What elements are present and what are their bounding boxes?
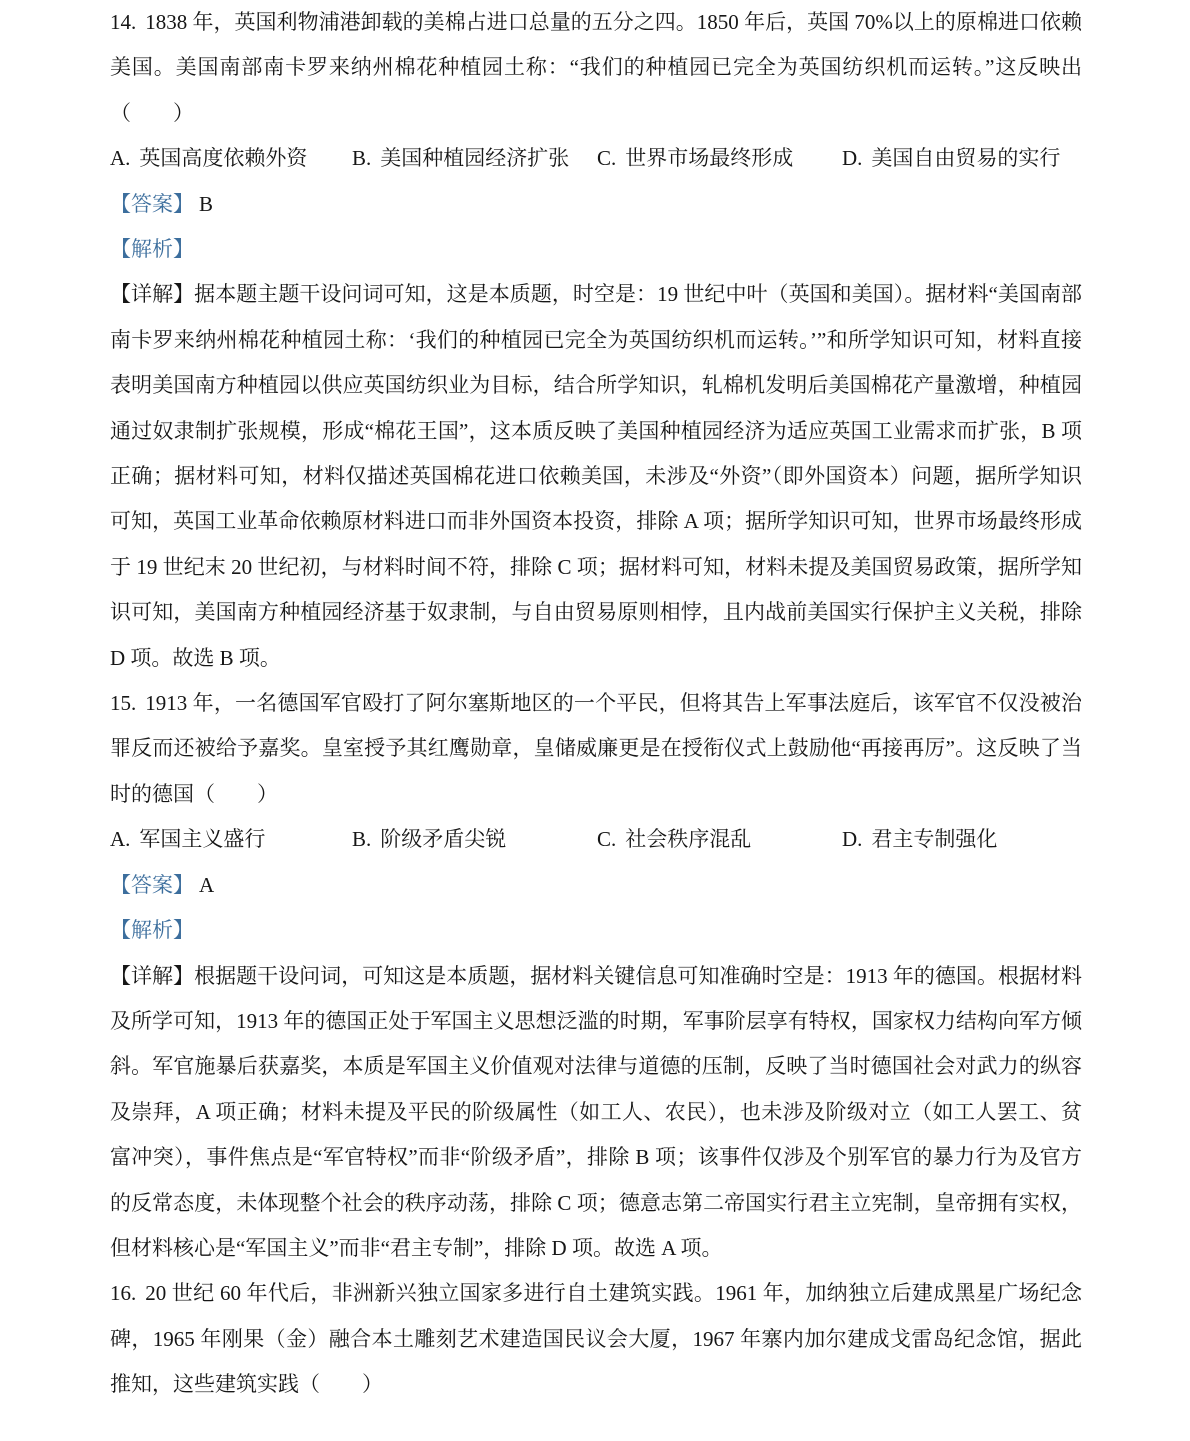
- option-text: 美国种植园经济扩张: [380, 146, 569, 170]
- option-text: 军国主义盛行: [139, 827, 265, 851]
- question-block-15: 15.1913 年，一名德国军官殴打了阿尔塞斯地区的一个平民，但将其告上军事法庭…: [110, 681, 1082, 1271]
- option-text: 美国自由贸易的实行: [871, 146, 1060, 170]
- option-text: 阶级矛盾尖锐: [380, 827, 506, 851]
- option-label: C.: [597, 827, 616, 851]
- option-label: D.: [842, 146, 862, 170]
- option-text: 君主专制强化: [871, 827, 997, 851]
- option-B: B.阶级矛盾尖锐: [352, 817, 506, 862]
- option-B: B.美国种植园经济扩张: [352, 136, 569, 181]
- detail-text: 据本题主题干设问词可知，这是本质题，时空是：19 世纪中叶（英国和美国）。据材料…: [110, 282, 1082, 669]
- option-label: B.: [352, 146, 371, 170]
- option-C: C.世界市场最终形成: [597, 136, 793, 181]
- analysis-line: 【解析】: [110, 908, 1082, 953]
- question-stem: 15.1913 年，一名德国军官殴打了阿尔塞斯地区的一个平民，但将其告上军事法庭…: [110, 681, 1082, 817]
- option-label: B.: [352, 827, 371, 851]
- detail-paragraph: 【详解】据本题主题干设问词可知，这是本质题，时空是：19 世纪中叶（英国和美国）…: [110, 272, 1082, 681]
- question-stem-text: 1838 年，英国利物浦港卸载的美棉占进口总量的五分之四。1850 年后，英国 …: [110, 10, 1082, 125]
- option-D: D.美国自由贸易的实行: [842, 136, 1060, 181]
- answer-label: 【答案】: [110, 192, 194, 216]
- options-row: A.军国主义盛行 B.阶级矛盾尖锐 C.社会秩序混乱 D.君主专制强化: [110, 817, 1082, 862]
- option-label: D.: [842, 827, 862, 851]
- question-stem: 16.20 世纪 60 年代后，非洲新兴独立国家多进行自土建筑实践。1961 年…: [110, 1271, 1082, 1407]
- question-stem-text: 20 世纪 60 年代后，非洲新兴独立国家多进行自土建筑实践。1961 年，加纳…: [110, 1281, 1082, 1396]
- detail-label: 【详解】: [110, 282, 194, 306]
- analysis-label: 【解析】: [110, 237, 194, 261]
- exam-answer-document: 14.1838 年，英国利物浦港卸载的美棉占进口总量的五分之四。1850 年后，…: [0, 0, 1190, 1441]
- answer-label: 【答案】: [110, 873, 194, 897]
- analysis-line: 【解析】: [110, 227, 1082, 272]
- question-number: 15.: [110, 691, 136, 715]
- question-block-16: 16.20 世纪 60 年代后，非洲新兴独立国家多进行自土建筑实践。1961 年…: [110, 1271, 1082, 1407]
- analysis-label: 【解析】: [110, 918, 194, 942]
- option-A: A.军国主义盛行: [110, 817, 265, 862]
- question-number: 16.: [110, 1281, 136, 1305]
- question-stem: 14.1838 年，英国利物浦港卸载的美棉占进口总量的五分之四。1850 年后，…: [110, 0, 1082, 136]
- question-stem-text: 1913 年，一名德国军官殴打了阿尔塞斯地区的一个平民，但将其告上军事法庭后，该…: [110, 691, 1082, 806]
- answer-line: 【答案】B: [110, 182, 1082, 227]
- option-label: A.: [110, 146, 130, 170]
- answer-line: 【答案】A: [110, 863, 1082, 908]
- question-number: 14.: [110, 10, 136, 34]
- detail-text: 根据题干设问词，可知这是本质题，据材料关键信息可知准确时空是：1913 年的德国…: [110, 964, 1082, 1260]
- question-block-14: 14.1838 年，英国利物浦港卸载的美棉占进口总量的五分之四。1850 年后，…: [110, 0, 1082, 681]
- option-label: C.: [597, 146, 616, 170]
- detail-label: 【详解】: [110, 964, 194, 988]
- option-D: D.君主专制强化: [842, 817, 997, 862]
- option-text: 世界市场最终形成: [625, 146, 793, 170]
- option-text: 英国高度依赖外资: [139, 146, 307, 170]
- option-C: C.社会秩序混乱: [597, 817, 751, 862]
- options-row: A.英国高度依赖外资 B.美国种植园经济扩张 C.世界市场最终形成 D.美国自由…: [110, 136, 1082, 181]
- option-text: 社会秩序混乱: [625, 827, 751, 851]
- option-A: A.英国高度依赖外资: [110, 136, 307, 181]
- answer-value: A: [199, 873, 214, 897]
- answer-value: B: [199, 192, 213, 216]
- detail-paragraph: 【详解】根据题干设问词，可知这是本质题，据材料关键信息可知准确时空是：1913 …: [110, 954, 1082, 1272]
- option-label: A.: [110, 827, 130, 851]
